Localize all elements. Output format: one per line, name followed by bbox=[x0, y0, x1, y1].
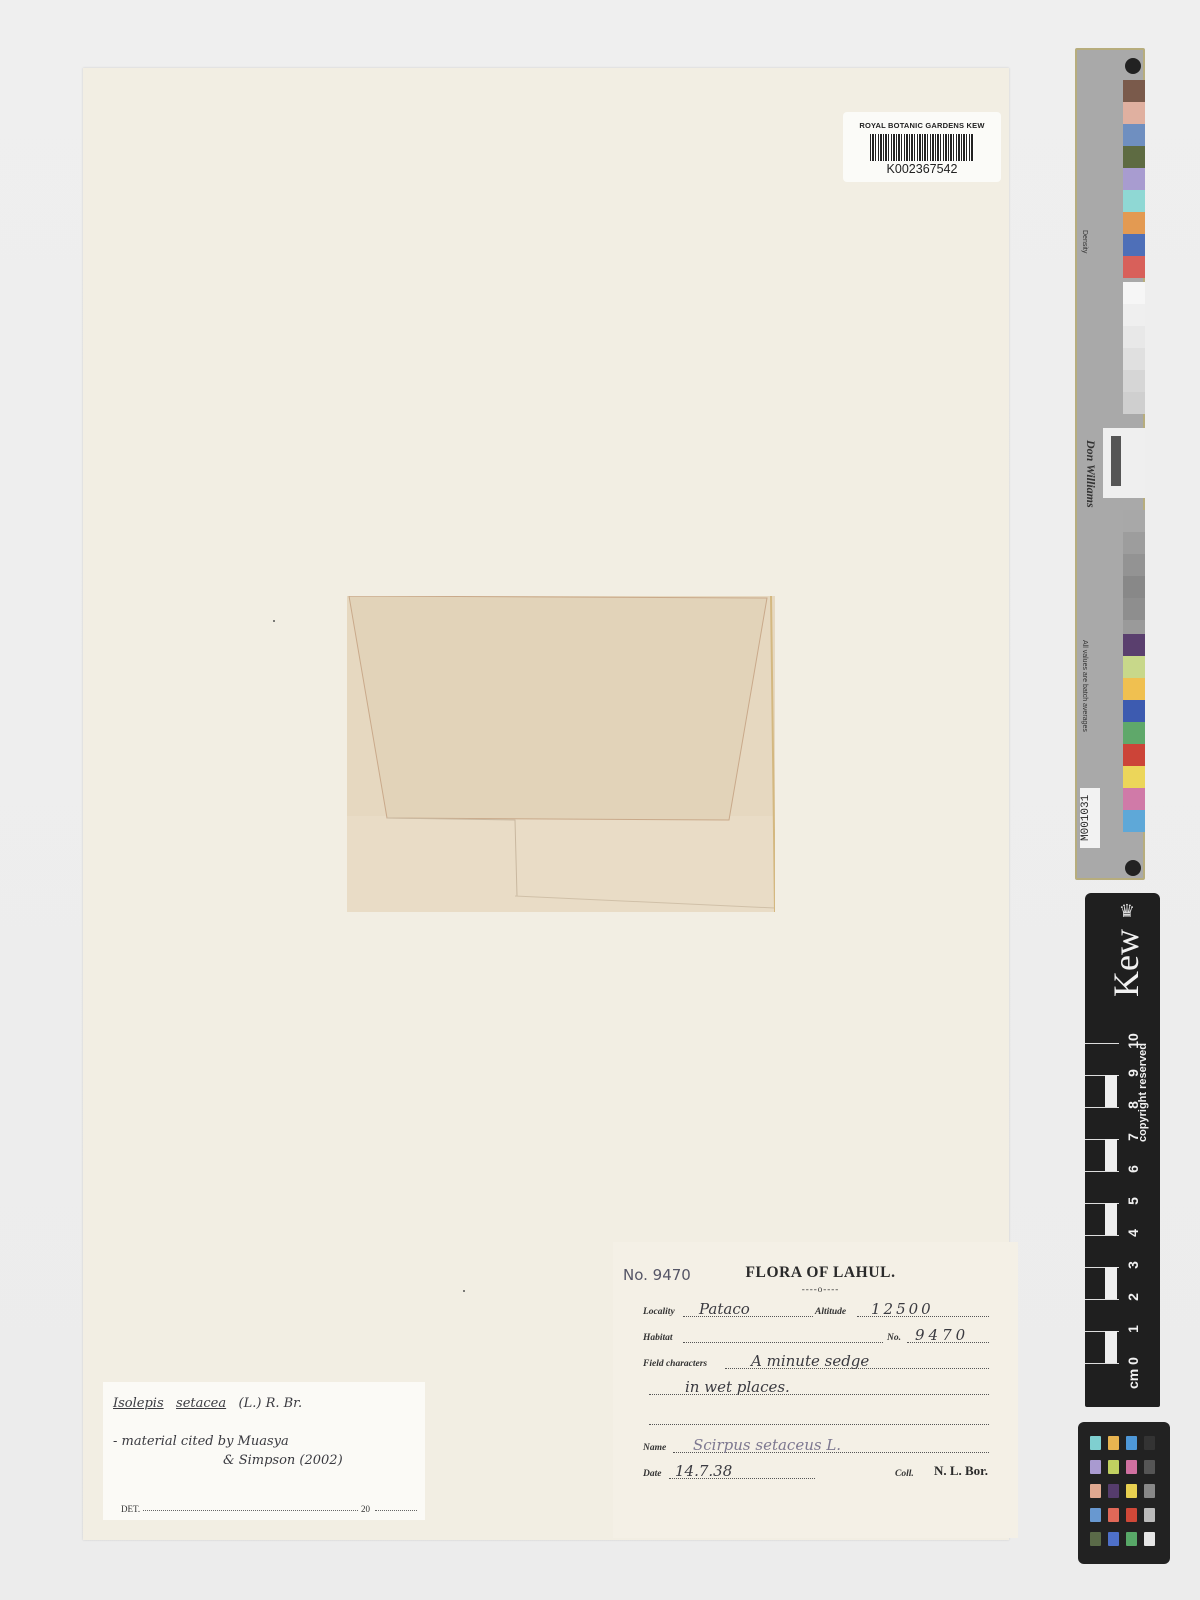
blank-row bbox=[643, 1408, 988, 1428]
label-title: FLORA OF LAHUL. bbox=[613, 1264, 1018, 1282]
specimen-envelope bbox=[347, 596, 775, 912]
scale-tick bbox=[1085, 1299, 1119, 1300]
colour-patch bbox=[1123, 788, 1145, 810]
colour-patch bbox=[1123, 304, 1145, 326]
scale-block bbox=[1105, 1139, 1117, 1171]
det-label: DET. bbox=[121, 1504, 140, 1514]
colour-patch bbox=[1123, 510, 1145, 532]
colour-patch bbox=[1123, 212, 1145, 234]
colour-patch bbox=[1123, 190, 1145, 212]
colour-patch bbox=[1123, 370, 1145, 392]
colour-patch bbox=[1123, 348, 1145, 370]
checker-cell bbox=[1144, 1460, 1155, 1474]
colour-patch bbox=[1123, 80, 1145, 102]
scale-block bbox=[1105, 1331, 1117, 1363]
checker-cell bbox=[1126, 1508, 1137, 1522]
scale-block bbox=[1105, 1203, 1117, 1235]
checker-cell bbox=[1126, 1436, 1137, 1450]
field-characters-row: Field characters A minute sedge bbox=[643, 1352, 988, 1372]
date-value: 14.7.38 bbox=[675, 1462, 732, 1480]
colour-patch bbox=[1123, 598, 1145, 620]
scale-tick bbox=[1085, 1043, 1119, 1044]
field-characters-value-2: in wet places. bbox=[685, 1378, 790, 1396]
collection-label: No. 9470 FLORA OF LAHUL. ----o---- Local… bbox=[613, 1242, 1018, 1538]
det-note-line2: & Simpson (2002) bbox=[223, 1453, 343, 1468]
colour-calibration-chart: Density Don Williams All values are batc… bbox=[1075, 48, 1145, 880]
barcode-icon bbox=[870, 134, 974, 161]
scale-tick bbox=[1085, 1171, 1119, 1172]
scale-ticks bbox=[1085, 1043, 1119, 1398]
barcode-label: ROYAL BOTANIC GARDENS KEW K002367542 bbox=[843, 112, 1001, 182]
checker-cell bbox=[1144, 1508, 1155, 1522]
scale-number: 3 bbox=[1125, 1255, 1141, 1275]
checker-cell bbox=[1108, 1508, 1119, 1522]
checker-cell bbox=[1090, 1508, 1101, 1522]
hole-icon bbox=[1125, 58, 1141, 74]
no-label: No. bbox=[887, 1333, 901, 1343]
speck bbox=[273, 620, 275, 622]
altitude-value: 12500 bbox=[871, 1300, 934, 1318]
scale-block bbox=[1105, 1267, 1117, 1299]
chart-maker: Don Williams bbox=[1083, 440, 1098, 508]
scale-number: 6 bbox=[1125, 1159, 1141, 1179]
det-note-line1: - material cited by Muasya bbox=[113, 1434, 289, 1449]
kew-wordmark: Kew bbox=[1105, 929, 1147, 997]
checker-cell bbox=[1108, 1436, 1119, 1450]
colour-patch bbox=[1123, 700, 1145, 722]
det-year-dotted-line bbox=[375, 1510, 417, 1511]
chart-id: M001031 bbox=[1080, 788, 1100, 848]
colour-patch bbox=[1123, 102, 1145, 124]
scale-number: 8 bbox=[1125, 1095, 1141, 1115]
det-taxon-line: Isolepis setacea (L.) R. Br. bbox=[113, 1396, 302, 1411]
coll-label: Coll. bbox=[895, 1469, 914, 1479]
checker-cell bbox=[1108, 1532, 1119, 1546]
locality-value: Pataco bbox=[699, 1300, 750, 1318]
locality-row: Locality Pataco Altitude 12500 bbox=[643, 1300, 988, 1320]
scale-tick bbox=[1085, 1363, 1119, 1364]
locality-label: Locality bbox=[643, 1307, 675, 1317]
colour-patch bbox=[1123, 634, 1145, 656]
habitat-row: Habitat No. 9470 bbox=[643, 1326, 988, 1346]
colour-patch bbox=[1123, 124, 1145, 146]
name-row: Name Scirpus setaceus L. bbox=[643, 1436, 988, 1456]
scale-number: 9 bbox=[1125, 1063, 1141, 1083]
blank-line bbox=[649, 1424, 989, 1425]
no-value: 9470 bbox=[915, 1326, 969, 1344]
colour-patch bbox=[1123, 392, 1145, 414]
label-separator: ----o---- bbox=[613, 1284, 1018, 1294]
scale-number: 4 bbox=[1125, 1223, 1141, 1243]
speck bbox=[463, 1290, 465, 1292]
kew-scale-bar: ♛ Kew copyright reserved 109876543210 cm bbox=[1085, 893, 1160, 1407]
det-epithet: setacea bbox=[176, 1396, 226, 1411]
date-row: Date 14.7.38 Coll. N. L. Bor. bbox=[643, 1462, 988, 1482]
colour-patch bbox=[1123, 766, 1145, 788]
scale-block bbox=[1105, 1075, 1117, 1107]
checker-cell bbox=[1126, 1484, 1137, 1498]
scale-tick bbox=[1085, 1235, 1119, 1236]
checker-cell bbox=[1090, 1460, 1101, 1474]
colour-patch bbox=[1123, 810, 1145, 832]
colour-patch bbox=[1123, 656, 1145, 678]
name-label: Name bbox=[643, 1443, 666, 1453]
checker-cell bbox=[1126, 1460, 1137, 1474]
barcode-number: K002367542 bbox=[843, 162, 1001, 176]
density-label: Density bbox=[1081, 230, 1088, 253]
det-genus: Isolepis bbox=[113, 1396, 164, 1411]
checker-cell bbox=[1090, 1532, 1101, 1546]
colour-patch bbox=[1123, 282, 1145, 304]
colour-patch bbox=[1123, 326, 1145, 348]
field-characters-row-2: in wet places. bbox=[643, 1378, 988, 1398]
envelope-flap-icon bbox=[347, 596, 775, 912]
collector-name: N. L. Bor. bbox=[934, 1463, 988, 1479]
scale-number: 10 bbox=[1125, 1031, 1141, 1051]
colour-patch bbox=[1123, 722, 1145, 744]
date-label: Date bbox=[643, 1469, 661, 1479]
scale-tick bbox=[1085, 1107, 1119, 1108]
colour-patch bbox=[1123, 234, 1145, 256]
checker-cell bbox=[1144, 1436, 1155, 1450]
calibration-bar bbox=[1111, 436, 1121, 486]
checker-cell bbox=[1090, 1436, 1101, 1450]
habitat-line bbox=[683, 1342, 883, 1343]
colour-patch bbox=[1123, 744, 1145, 766]
checker-cell bbox=[1090, 1484, 1101, 1498]
field-characters-value-1: A minute sedge bbox=[751, 1352, 869, 1370]
det-authority: (L.) R. Br. bbox=[239, 1396, 303, 1411]
batch-notice: All values are batch averages bbox=[1081, 640, 1088, 732]
scale-unit: cm bbox=[1125, 1369, 1141, 1389]
scale-number: 5 bbox=[1125, 1191, 1141, 1211]
colour-patch bbox=[1123, 146, 1145, 168]
checker-cell bbox=[1108, 1460, 1119, 1474]
checker-cell bbox=[1144, 1484, 1155, 1498]
colour-patch bbox=[1123, 678, 1145, 700]
scale-number: 1 bbox=[1125, 1319, 1141, 1339]
checker-cell bbox=[1108, 1484, 1119, 1498]
habitat-label: Habitat bbox=[643, 1333, 673, 1343]
hole-icon bbox=[1125, 860, 1141, 876]
colour-patch bbox=[1123, 554, 1145, 576]
field-characters-label: Field characters bbox=[643, 1359, 707, 1369]
institution-name: ROYAL BOTANIC GARDENS KEW bbox=[843, 121, 1001, 130]
name-value: Scirpus setaceus L. bbox=[693, 1436, 841, 1454]
colour-patch bbox=[1123, 576, 1145, 598]
scale-number: 2 bbox=[1125, 1287, 1141, 1307]
colour-patch bbox=[1123, 532, 1145, 554]
altitude-label: Altitude bbox=[815, 1307, 846, 1317]
colour-patch bbox=[1123, 256, 1145, 278]
colour-checker-card bbox=[1078, 1422, 1170, 1564]
calibration-card bbox=[1103, 428, 1145, 498]
det-year-label: 20 bbox=[361, 1504, 370, 1514]
checker-cell bbox=[1126, 1532, 1137, 1546]
scale-number: 7 bbox=[1125, 1127, 1141, 1147]
det-dotted-line bbox=[143, 1510, 358, 1511]
determination-slip: Isolepis setacea (L.) R. Br. - material … bbox=[103, 1382, 425, 1520]
checker-cell bbox=[1144, 1532, 1155, 1546]
royal-crest-icon: ♛ bbox=[1115, 901, 1139, 927]
colour-patch bbox=[1123, 168, 1145, 190]
